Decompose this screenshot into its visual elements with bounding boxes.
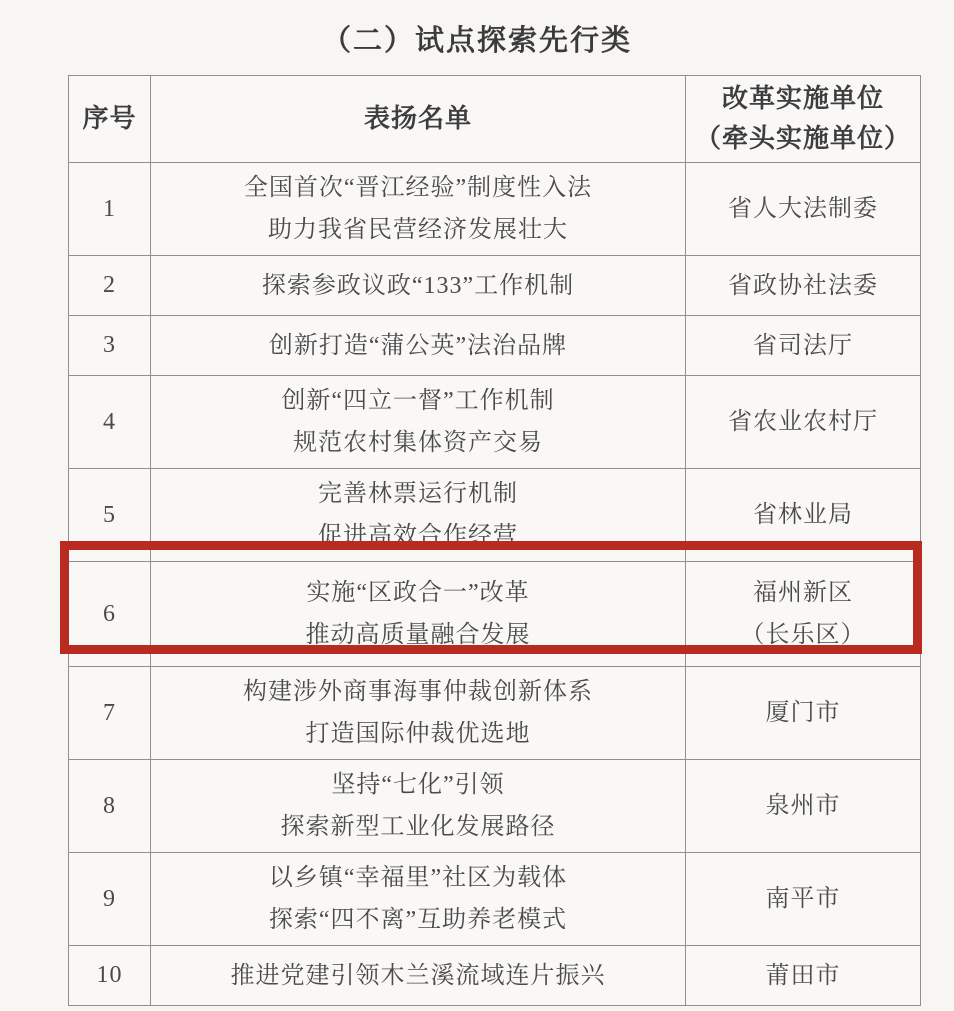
header-number-label: 序号 bbox=[75, 99, 144, 139]
table-body: 1全国首次“晋江经验”制度性入法助力我省民营经济发展壮大省人大法制委2探索参政议… bbox=[69, 163, 921, 1006]
commendation-name-cell: 创新打造“蒲公英”法治品牌 bbox=[151, 316, 686, 376]
implementing-unit-line: 省司法厅 bbox=[692, 325, 914, 367]
commendation-name-line: 全国首次“晋江经验”制度性入法 bbox=[157, 167, 679, 209]
implementing-unit-cell: 南平市 bbox=[686, 853, 921, 946]
commendation-name-line: 助力我省民营经济发展壮大 bbox=[157, 209, 679, 251]
row-number-cell: 4 bbox=[69, 376, 151, 469]
commendation-name-cell: 全国首次“晋江经验”制度性入法助力我省民营经济发展壮大 bbox=[151, 163, 686, 256]
commendation-name-cell: 创新“四立一督”工作机制规范农村集体资产交易 bbox=[151, 376, 686, 469]
row-number-cell: 2 bbox=[69, 256, 151, 316]
commendation-name-line: 以乡镇“幸福里”社区为载体 bbox=[157, 857, 679, 899]
implementing-unit-cell: 省司法厅 bbox=[686, 316, 921, 376]
commendation-name-line: 完善林票运行机制 bbox=[157, 473, 679, 515]
table-row: 7构建涉外商事海事仲裁创新体系打造国际仲裁优选地厦门市 bbox=[69, 667, 921, 760]
header-cell-unit: 改革实施单位 （牵头实施单位） bbox=[686, 76, 921, 163]
document-page: { "page": { "title": "（二）试点探索先行类" }, "ta… bbox=[0, 0, 954, 1011]
implementing-unit-line: 省人大法制委 bbox=[692, 188, 914, 230]
table-row: 3创新打造“蒲公英”法治品牌省司法厅 bbox=[69, 316, 921, 376]
table-row: 9以乡镇“幸福里”社区为载体探索“四不离”互助养老模式南平市 bbox=[69, 853, 921, 946]
commendation-name-line: 打造国际仲裁优选地 bbox=[157, 713, 679, 755]
commendation-name-cell: 推进党建引领木兰溪流域连片振兴 bbox=[151, 946, 686, 1006]
header-name-label: 表扬名单 bbox=[157, 99, 679, 139]
table-row: 1全国首次“晋江经验”制度性入法助力我省民营经济发展壮大省人大法制委 bbox=[69, 163, 921, 256]
commendation-name-line: 促进高效合作经营 bbox=[157, 515, 679, 557]
implementing-unit-line: 莆田市 bbox=[692, 955, 914, 997]
commendation-name-cell: 坚持“七化”引领探索新型工业化发展路径 bbox=[151, 760, 686, 853]
commendation-name-line: 探索“四不离”互助养老模式 bbox=[157, 899, 679, 941]
table-row: 5完善林票运行机制促进高效合作经营省林业局 bbox=[69, 469, 921, 562]
implementing-unit-cell: 省农业农村厅 bbox=[686, 376, 921, 469]
commendation-name-line: 创新“四立一督”工作机制 bbox=[157, 380, 679, 422]
row-number-cell: 7 bbox=[69, 667, 151, 760]
implementing-unit-cell: 泉州市 bbox=[686, 760, 921, 853]
table-header: 序号 表扬名单 改革实施单位 （牵头实施单位） bbox=[69, 76, 921, 163]
implementing-unit-line: 省政协社法委 bbox=[692, 265, 914, 307]
implementing-unit-line: （长乐区） bbox=[692, 614, 914, 656]
commendation-name-line: 创新打造“蒲公英”法治品牌 bbox=[157, 325, 679, 367]
commendation-name-line: 构建涉外商事海事仲裁创新体系 bbox=[157, 671, 679, 713]
header-unit-label-line2: （牵头实施单位） bbox=[692, 119, 914, 159]
table-row: 2探索参政议政“133”工作机制省政协社法委 bbox=[69, 256, 921, 316]
table-row: 10推进党建引领木兰溪流域连片振兴莆田市 bbox=[69, 946, 921, 1006]
commendation-name-line: 探索参政议政“133”工作机制 bbox=[157, 265, 679, 307]
table-row: 8坚持“七化”引领探索新型工业化发展路径泉州市 bbox=[69, 760, 921, 853]
implementing-unit-line: 南平市 bbox=[692, 878, 914, 920]
commendation-name-line: 规范农村集体资产交易 bbox=[157, 422, 679, 464]
commendation-name-line: 推进党建引领木兰溪流域连片振兴 bbox=[157, 955, 679, 997]
page-title: （二）试点探索先行类 bbox=[0, 18, 954, 59]
commendation-name-cell: 实施“区政合一”改革推动高质量融合发展 bbox=[151, 562, 686, 667]
commendation-name-cell: 以乡镇“幸福里”社区为载体探索“四不离”互助养老模式 bbox=[151, 853, 686, 946]
commendation-name-line: 实施“区政合一”改革 bbox=[157, 572, 679, 614]
row-number-cell: 9 bbox=[69, 853, 151, 946]
implementing-unit-cell: 省人大法制委 bbox=[686, 163, 921, 256]
row-number-cell: 5 bbox=[69, 469, 151, 562]
header-cell-number: 序号 bbox=[69, 76, 151, 163]
implementing-unit-line: 省农业农村厅 bbox=[692, 401, 914, 443]
row-number-cell: 1 bbox=[69, 163, 151, 256]
commendation-table: 序号 表扬名单 改革实施单位 （牵头实施单位） 1全国首次“晋江经验”制度性入法… bbox=[68, 75, 921, 1006]
commendation-name-line: 探索新型工业化发展路径 bbox=[157, 806, 679, 848]
commendation-name-cell: 完善林票运行机制促进高效合作经营 bbox=[151, 469, 686, 562]
implementing-unit-line: 省林业局 bbox=[692, 494, 914, 536]
table-row: 4创新“四立一督”工作机制规范农村集体资产交易省农业农村厅 bbox=[69, 376, 921, 469]
implementing-unit-line: 泉州市 bbox=[692, 785, 914, 827]
implementing-unit-cell: 福州新区（长乐区） bbox=[686, 562, 921, 667]
implementing-unit-cell: 省政协社法委 bbox=[686, 256, 921, 316]
row-number-cell: 10 bbox=[69, 946, 151, 1006]
commendation-name-cell: 构建涉外商事海事仲裁创新体系打造国际仲裁优选地 bbox=[151, 667, 686, 760]
implementing-unit-cell: 莆田市 bbox=[686, 946, 921, 1006]
table-row: 6实施“区政合一”改革推动高质量融合发展福州新区（长乐区） bbox=[69, 562, 921, 667]
commendation-name-cell: 探索参政议政“133”工作机制 bbox=[151, 256, 686, 316]
header-row: 序号 表扬名单 改革实施单位 （牵头实施单位） bbox=[69, 76, 921, 163]
commendation-name-line: 推动高质量融合发展 bbox=[157, 614, 679, 656]
header-cell-name: 表扬名单 bbox=[151, 76, 686, 163]
row-number-cell: 6 bbox=[69, 562, 151, 667]
implementing-unit-line: 厦门市 bbox=[692, 692, 914, 734]
commendation-name-line: 坚持“七化”引领 bbox=[157, 764, 679, 806]
header-unit-label-line1: 改革实施单位 bbox=[692, 79, 914, 119]
implementing-unit-cell: 厦门市 bbox=[686, 667, 921, 760]
implementing-unit-line: 福州新区 bbox=[692, 572, 914, 614]
row-number-cell: 3 bbox=[69, 316, 151, 376]
row-number-cell: 8 bbox=[69, 760, 151, 853]
implementing-unit-cell: 省林业局 bbox=[686, 469, 921, 562]
